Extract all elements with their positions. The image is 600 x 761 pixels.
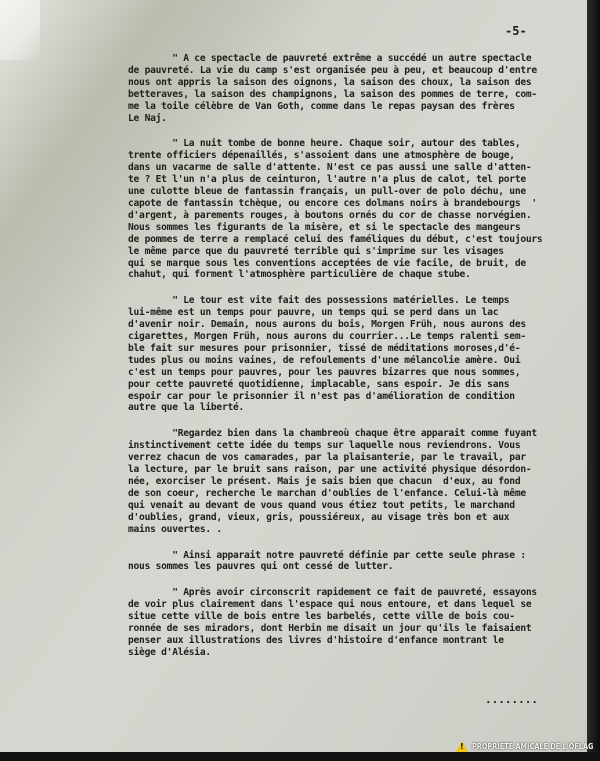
text-line: me la toile célèbre de Van Goth, comme d… [128, 101, 573, 113]
text-line: ronnée de ses miradors, dont Herbin me d… [128, 623, 573, 635]
text-line: chahut, qui forment l'atmosphère particu… [128, 269, 573, 281]
text-line: siège d'Alésia. [128, 647, 573, 659]
text-line: d'avenir noir. Demain, nous aurons du bo… [128, 319, 573, 331]
text-line: c'est un temps pour pauvres, pour les pa… [128, 367, 573, 379]
text-line: née, exorciser le présent. Mais je sais … [128, 476, 573, 488]
text-line: trente officiers dépenaillés, s'assoient… [128, 150, 573, 162]
text-line: instinctivement cette idée du temps sur … [128, 440, 573, 452]
text-line: pour cette pauvreté quotidienne, implaca… [128, 379, 573, 391]
text-line: le même parce que du pauvreté terrible q… [128, 246, 573, 258]
text-line: d'argent, à parements rouges, à boutons … [128, 210, 573, 222]
warning-triangle-icon [456, 741, 468, 752]
text-line: " Après avoir circonscrit rapidement ce … [128, 587, 573, 599]
text-line: nous ont appris la saison des oignons, l… [128, 77, 573, 89]
text-line: tudes plus ou moins vaines, de refouleme… [128, 355, 573, 367]
text-line: de pauvreté. La vie du camp s'est organi… [128, 65, 573, 77]
text-line: Le Naj. [128, 113, 573, 125]
scan-border-bottom [0, 752, 600, 761]
text-line: verrez chacun de vos camarades, par la p… [128, 452, 573, 464]
text-line: Nous sommes les figurants de la misère, … [128, 222, 573, 234]
paragraph: " La nuit tombe de bonne heure. Chaque s… [128, 138, 573, 281]
closing-mark: ........ [485, 693, 538, 706]
page-number: -5- [505, 24, 527, 38]
text-line: penser aux illustrations des livres d'hi… [128, 635, 573, 647]
text-line: autre que la liberté. [128, 402, 573, 414]
text-line: dans un vacarme de salle d'attente. N'es… [128, 162, 573, 174]
text-line: " Ainsi apparait notre pauvreté définie … [128, 550, 573, 562]
watermark: PROPRIÉTÉ AMICALE DE L'OFLAG [456, 741, 600, 752]
paragraph: " Le tour est vite fait des possessions … [128, 295, 573, 414]
text-line: de voir plus clairement dans l'espace qu… [128, 599, 573, 611]
text-line: lui-même est un temps pour pauvre, un te… [128, 307, 573, 319]
text-line: cigarettes, Morgen Früh, nous aurons du … [128, 331, 573, 343]
text-line: mains ouvertes. . [128, 524, 573, 536]
typewritten-page: -5- " A ce spectacle de pauvreté extrême… [0, 0, 587, 752]
text-line: " Le tour est vite fait des possessions … [128, 295, 573, 307]
text-line: qui se marque sous les conventions accep… [128, 258, 573, 270]
text-line: capote de fantassin tchèque, ou encore c… [128, 198, 573, 210]
text-line: espoir car pour le prisonnier il n'est p… [128, 391, 573, 403]
paragraph: " Ainsi apparait notre pauvreté définie … [128, 550, 573, 574]
text-line: nous sommes les pauvres qui ont cessé de… [128, 561, 573, 573]
paragraph: " Après avoir circonscrit rapidement ce … [128, 587, 573, 658]
text-line: situe cette ville de bois entre les barb… [128, 611, 573, 623]
text-line: betteraves, la saison des champignons, l… [128, 89, 573, 101]
text-line: qui venait au devant de vous quand vous … [128, 500, 573, 512]
text-line: te ? Et l'un n'a plus de ceinturon, l'au… [128, 174, 573, 186]
scan-border-right [587, 0, 600, 761]
text-line: de son coeur, recherche le marchan d'oub… [128, 488, 573, 500]
text-line: "Regardez bien dans la chambreoù chaque … [128, 428, 573, 440]
text-line: la lecture, par le bruit sans raison, pa… [128, 464, 573, 476]
paragraph: "Regardez bien dans la chambreoù chaque … [128, 428, 573, 535]
text-line: une culotte bleue de fantassin français,… [128, 186, 573, 198]
text-line: " La nuit tombe de bonne heure. Chaque s… [128, 138, 573, 150]
document-body: " A ce spectacle de pauvreté extrême a s… [128, 53, 573, 673]
text-line: d'oublies, grand, vieux, gris, poussiére… [128, 512, 573, 524]
watermark-text: PROPRIÉTÉ AMICALE DE L'OFLAG [472, 742, 593, 751]
text-line: de pommes de terre a remplacé celui des … [128, 234, 573, 246]
text-line: " A ce spectacle de pauvreté extrême a s… [128, 53, 573, 65]
paragraph: " A ce spectacle de pauvreté extrême a s… [128, 53, 573, 124]
text-line: ble fait sur mesures pour prisonnier, ti… [128, 343, 573, 355]
